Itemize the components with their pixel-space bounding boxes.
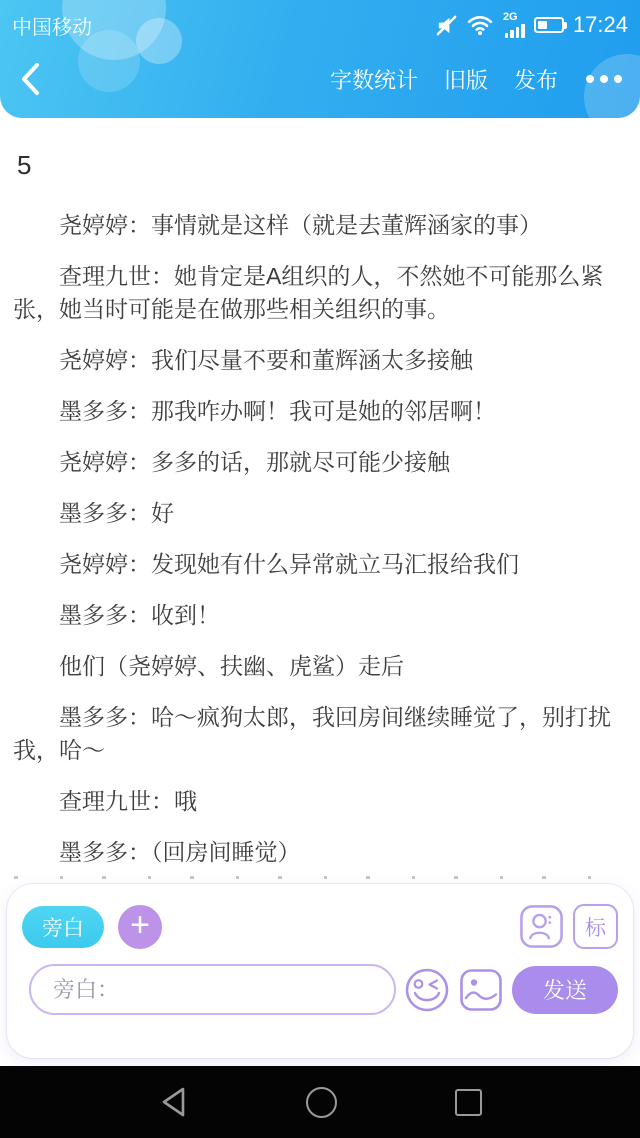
carrier-label: 中国移动 <box>12 11 92 40</box>
image-icon[interactable] <box>458 967 504 1013</box>
publish-button[interactable]: 发布 <box>514 64 558 95</box>
character-list-icon[interactable] <box>519 904 564 949</box>
back-button[interactable] <box>18 61 44 97</box>
clipped-text-line <box>14 876 626 879</box>
send-button[interactable]: 发送 <box>512 966 618 1014</box>
android-back-icon[interactable] <box>158 1085 188 1119</box>
signal-strength-icon: 2G <box>502 12 525 38</box>
tag-button[interactable]: 标 <box>573 904 618 949</box>
more-menu-icon[interactable] <box>586 75 622 83</box>
dialogue-line[interactable]: 尧婷婷：我们尽量不要和董辉涵太多接触 <box>13 344 627 377</box>
network-type-label: 2G <box>503 12 518 23</box>
dialogue-input[interactable] <box>29 964 396 1015</box>
dialogue-line[interactable]: 墨多多：（回房间睡觉） <box>13 836 627 869</box>
chapter-number: 5 <box>17 150 640 181</box>
android-navbar <box>0 1066 640 1138</box>
dialogue-list: 尧婷婷：事情就是这样（就是去董辉涵家的事） 查理九世：她肯定是A组织的人，不然她… <box>0 209 640 869</box>
battery-icon <box>534 17 564 33</box>
android-home-icon[interactable] <box>306 1087 337 1118</box>
mute-icon <box>435 14 458 37</box>
role-selector-button[interactable]: 旁白 <box>22 906 104 948</box>
phone-screen: 中国移动 2G <box>0 0 640 1138</box>
add-role-button[interactable]: + <box>118 905 162 949</box>
wifi-icon <box>467 15 493 35</box>
composer-panel: 旁白 + 标 <box>7 884 633 1058</box>
app-toolbar: 字数统计 旧版 发布 <box>0 46 640 118</box>
android-recents-icon[interactable] <box>455 1089 482 1116</box>
emoji-icon[interactable] <box>404 967 450 1013</box>
dialogue-line[interactable]: 墨多多：收到！ <box>13 599 627 632</box>
dialogue-line[interactable]: 他们（尧婷婷、扶幽、虎鲨）走后 <box>13 650 627 683</box>
dialogue-line[interactable]: 尧婷婷：事情就是这样（就是去董辉涵家的事） <box>13 209 627 242</box>
dialogue-line[interactable]: 墨多多：好 <box>13 497 627 530</box>
dialogue-line[interactable]: 查理九世：哦 <box>13 785 627 818</box>
dialogue-line[interactable]: 墨多多：哈～疯狗太郎，我回房间继续睡觉了，别打扰我，哈～ <box>13 701 627 767</box>
dialogue-line[interactable]: 查理九世：她肯定是A组织的人，不然她不可能那么紧张，她当时可能是在做那些相关组织… <box>13 260 627 326</box>
old-version-button[interactable]: 旧版 <box>444 64 488 95</box>
dialogue-line[interactable]: 墨多多：那我咋办啊！我可是她的邻居啊！ <box>13 395 627 428</box>
dialogue-line[interactable]: 尧婷婷：多多的话，那就尽可能少接触 <box>13 446 627 479</box>
status-time: 17:24 <box>573 12 628 38</box>
status-bar: 中国移动 2G <box>0 0 640 46</box>
word-count-button[interactable]: 字数统计 <box>330 64 418 95</box>
app-header: 中国移动 2G <box>0 0 640 118</box>
dialogue-line[interactable]: 尧婷婷：发现她有什么异常就立马汇报给我们 <box>13 548 627 581</box>
